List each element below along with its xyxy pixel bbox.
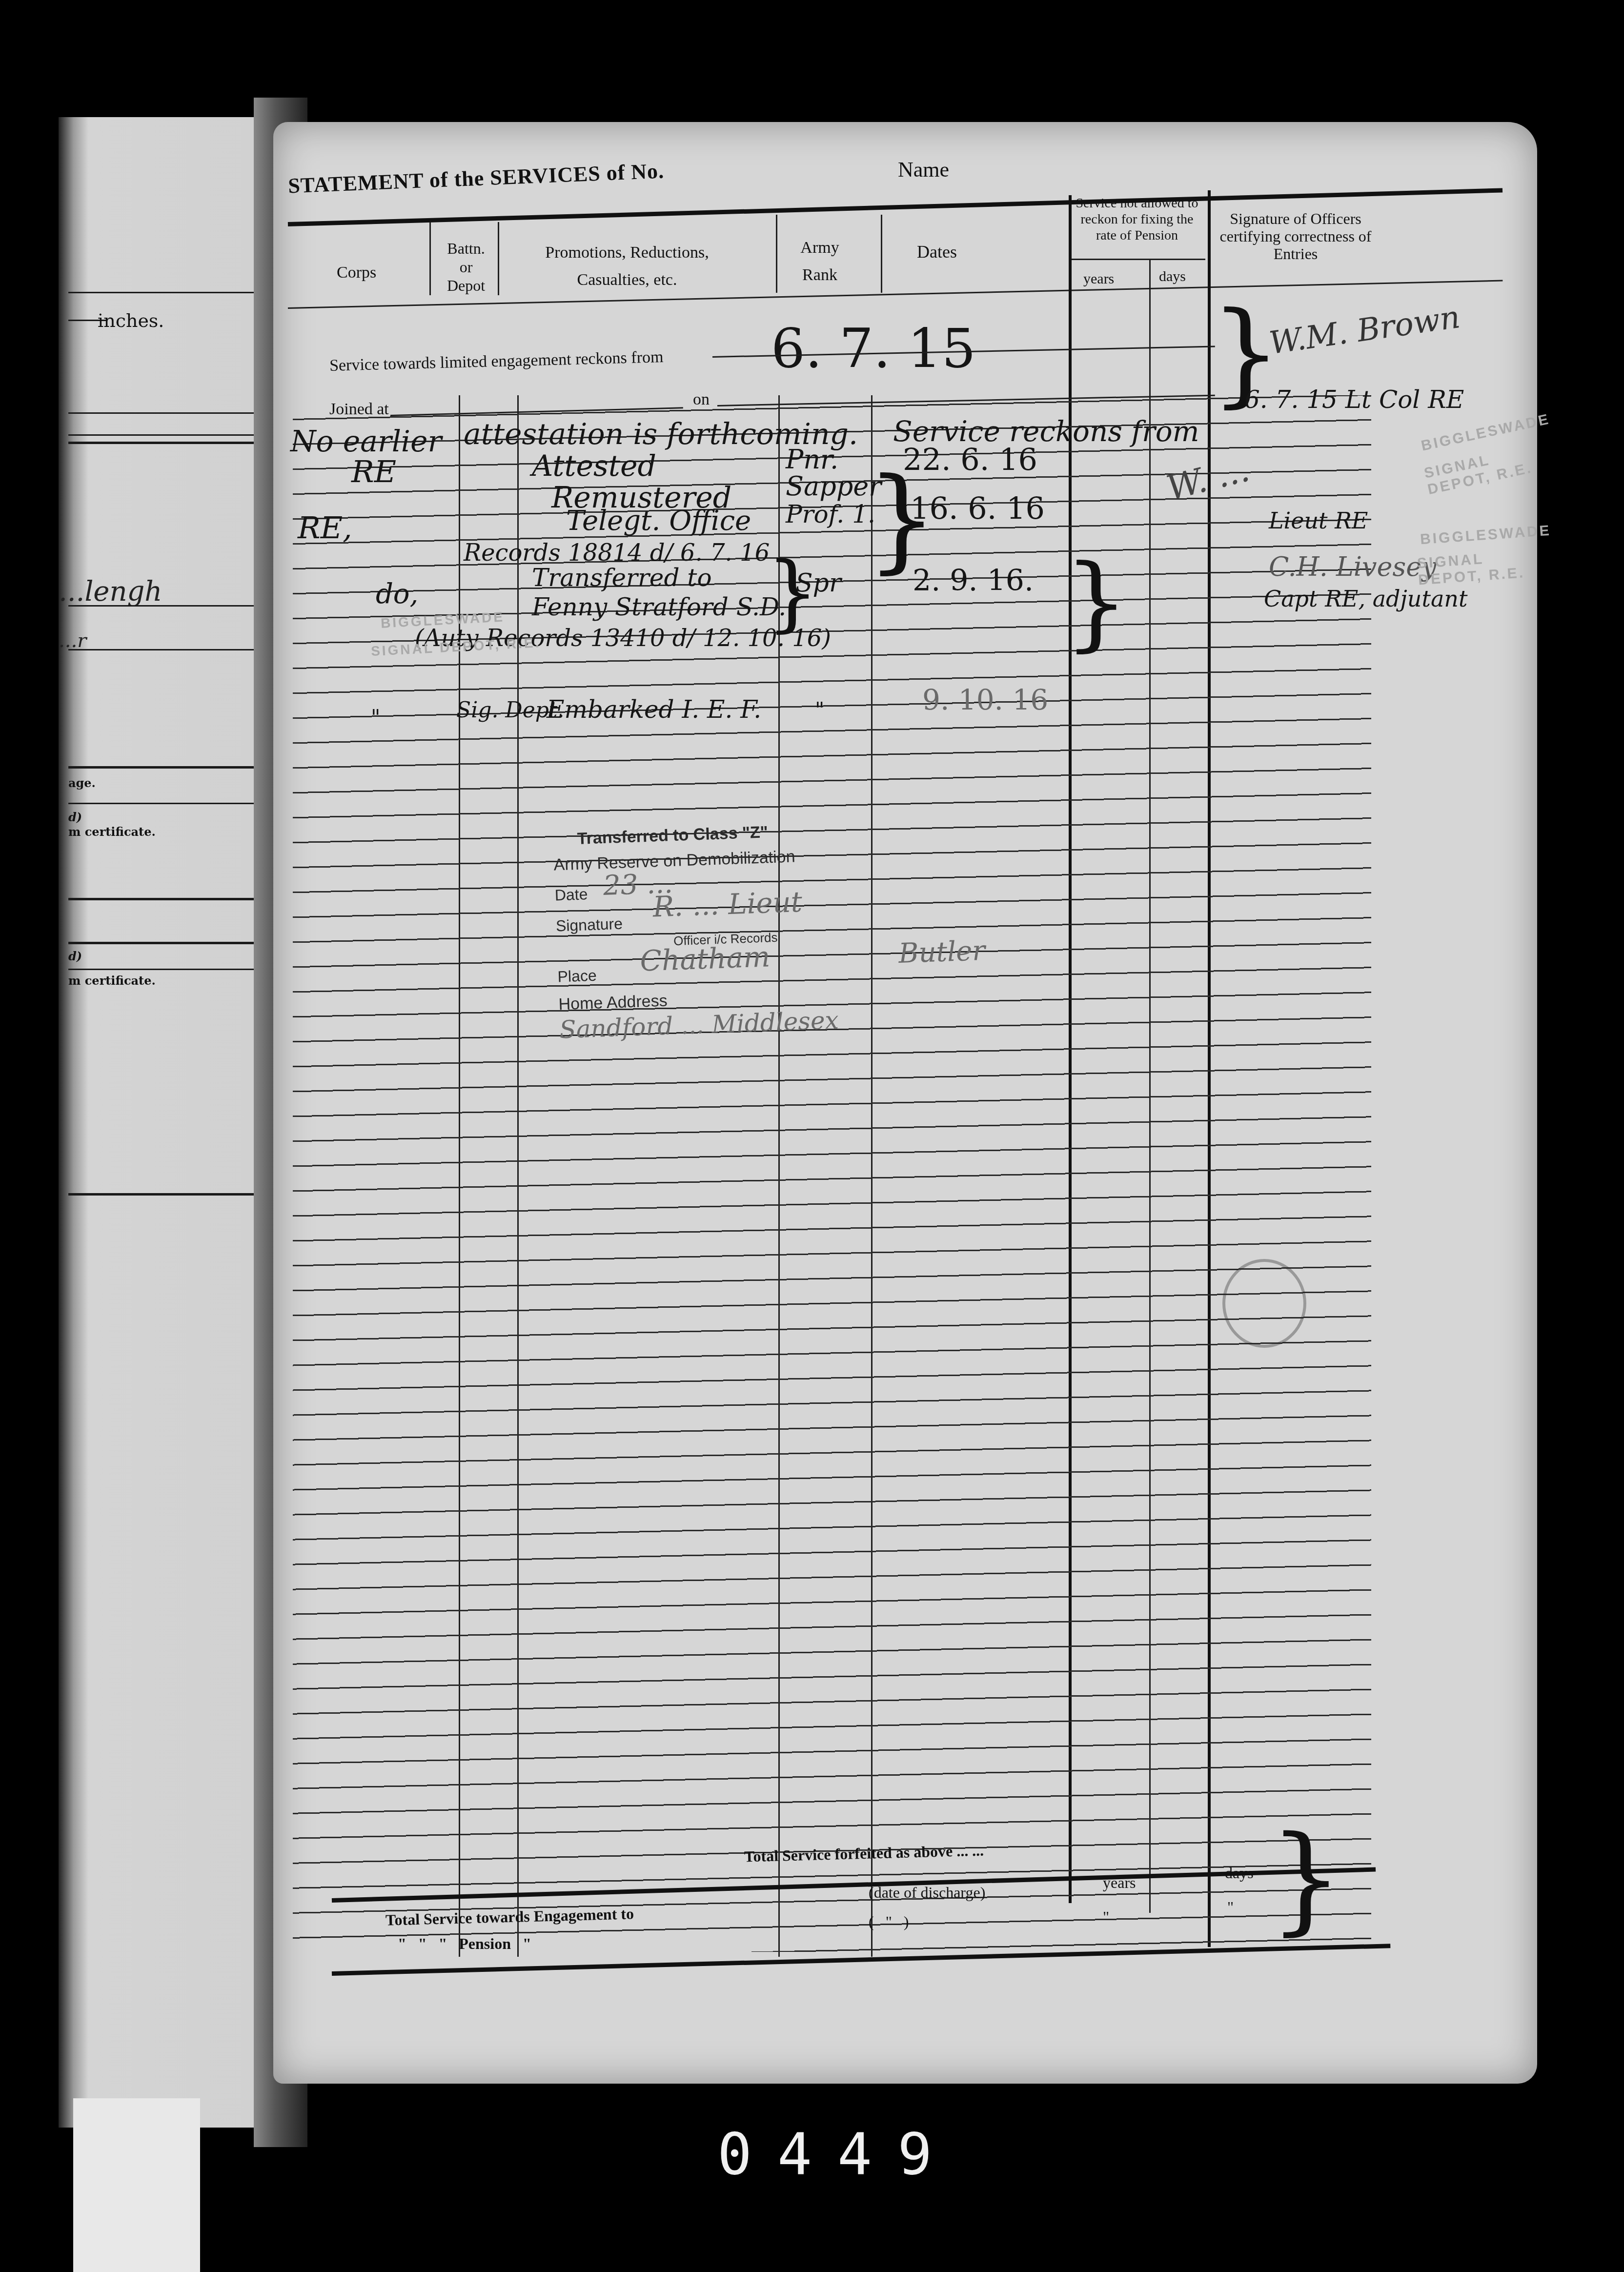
limited-engagement-label: Service towards limited engagement recko… <box>329 348 664 375</box>
bracket: } <box>866 464 937 576</box>
pension-subheader-rule <box>1069 259 1205 260</box>
entry-rank: " <box>815 698 824 722</box>
printed-fragment: d) <box>68 810 82 824</box>
stamp-home-address-value: Butler <box>898 935 986 970</box>
officer-signature-3: C.H. Livesey <box>1269 551 1437 582</box>
entry-corps: " <box>371 705 380 729</box>
entry-date: 9. 10. 16 <box>922 683 1048 716</box>
joined-on-label: on <box>693 390 710 409</box>
rule <box>68 442 254 444</box>
pension-ditto: ( " ) <box>869 1913 909 1931</box>
entry-rank: Prof. 1. <box>786 500 875 528</box>
rule <box>68 605 254 607</box>
col-header-signature: Signature of Officers certifying correct… <box>1213 210 1379 263</box>
col-header-corps: Corps <box>337 264 376 282</box>
pension-label: " " " Pension " <box>398 1935 531 1953</box>
col-header-days: days <box>1159 268 1186 285</box>
depot-stamp-place: BIGGLESWADE <box>1420 523 1552 548</box>
date-of-discharge-label: (date of discharge) <box>869 1884 985 1902</box>
stamp-date-label: Date <box>554 885 588 904</box>
stamp-home-address-label: Home Address <box>558 992 668 1014</box>
microfilm-frame-number: 0449 <box>717 2120 957 2188</box>
col-header-service-not-allowed: Service not allowed to reckon for fixing… <box>1074 195 1200 243</box>
page-title: STATEMENT of the SERVICES of No. <box>287 159 665 199</box>
entry-rank: Pnr. <box>786 444 838 475</box>
entry-battn: Records 18814 d/ 6. 7. 16 <box>464 539 770 567</box>
col-header-years: years <box>1083 271 1114 287</box>
entry-corps: do, <box>376 578 418 610</box>
ink-stain <box>1222 1259 1306 1348</box>
officer-signature-3-title: Capt RE, adjutant <box>1264 586 1467 612</box>
stamp-line-2: Army Reserve on Demobilization <box>553 847 795 874</box>
service-statement-page: STATEMENT of the SERVICES of No. Name Co… <box>273 122 1537 2084</box>
entry-promotion: Embarked I. E. F. <box>547 695 761 724</box>
col-header-dates: Dates <box>888 242 986 262</box>
entry-promotion: Telegt. Office <box>566 505 751 537</box>
col-header-promotions: Promotions, Reductions, Casualties, etc. <box>520 239 734 294</box>
years-label: years <box>1103 1874 1136 1892</box>
rule <box>68 942 254 944</box>
entry-date: 2. 9. 16. <box>913 564 1034 598</box>
rule <box>68 803 254 804</box>
rule <box>68 649 254 650</box>
handwritten-fragment: ...lengh <box>59 576 162 608</box>
inches-label: inches. <box>98 310 164 331</box>
col-header-army-rank: Army Rank <box>783 234 856 289</box>
certificate-label: m certificate. <box>68 825 156 839</box>
ditto-mark: " <box>1103 1908 1109 1926</box>
stamp-place-label: Place <box>557 967 597 986</box>
entry-promotion: Attested <box>532 449 656 483</box>
rule <box>68 434 254 436</box>
limited-engagement-date: 6. 7. 15 <box>771 317 976 380</box>
entry-corps: RE, <box>298 510 352 546</box>
column-divider <box>498 222 499 295</box>
column-divider <box>881 215 882 293</box>
column-divider <box>776 215 777 293</box>
joined-at-label: Joined at <box>329 400 389 419</box>
entry-promotion: Transferred to <box>532 564 712 592</box>
rule <box>68 969 254 970</box>
rule <box>68 1193 254 1196</box>
entry-promotion: Fenny Stratford S.D. <box>532 593 786 621</box>
officer-signature-1-detail: 6. 7. 15 Lt Col RE <box>1244 385 1464 414</box>
age-label: age. <box>68 776 96 790</box>
rule <box>68 412 254 414</box>
printed-fragment: d) <box>68 949 82 963</box>
days-label: days <box>1225 1864 1254 1882</box>
officer-signature-1: W.M. Brown <box>1267 299 1462 362</box>
name-label: Name <box>898 157 949 182</box>
officer-signature-2-title: Lieut RE <box>1269 507 1368 534</box>
rule <box>68 766 254 769</box>
rule <box>68 898 254 900</box>
stamp-signature-label: Signature <box>555 915 623 935</box>
entry-corps: RE <box>351 454 396 489</box>
column-divider <box>429 222 431 295</box>
rule <box>68 292 254 293</box>
stamp-signature-value: R. ... Lieut <box>652 885 803 924</box>
bracket: } <box>1269 1820 1343 1937</box>
ditto-mark: " <box>1227 1898 1234 1916</box>
certificate-label: m certificate. <box>68 974 156 988</box>
col-header-battn: Battn. or Depot <box>439 239 493 295</box>
bracket: } <box>1064 551 1129 654</box>
spine-paper <box>73 2098 200 2272</box>
reserve-transfer-stamp: Transferred to Class "Z" Army Reserve on… <box>543 819 892 1055</box>
stamp-place-value: Chatham <box>639 940 771 977</box>
